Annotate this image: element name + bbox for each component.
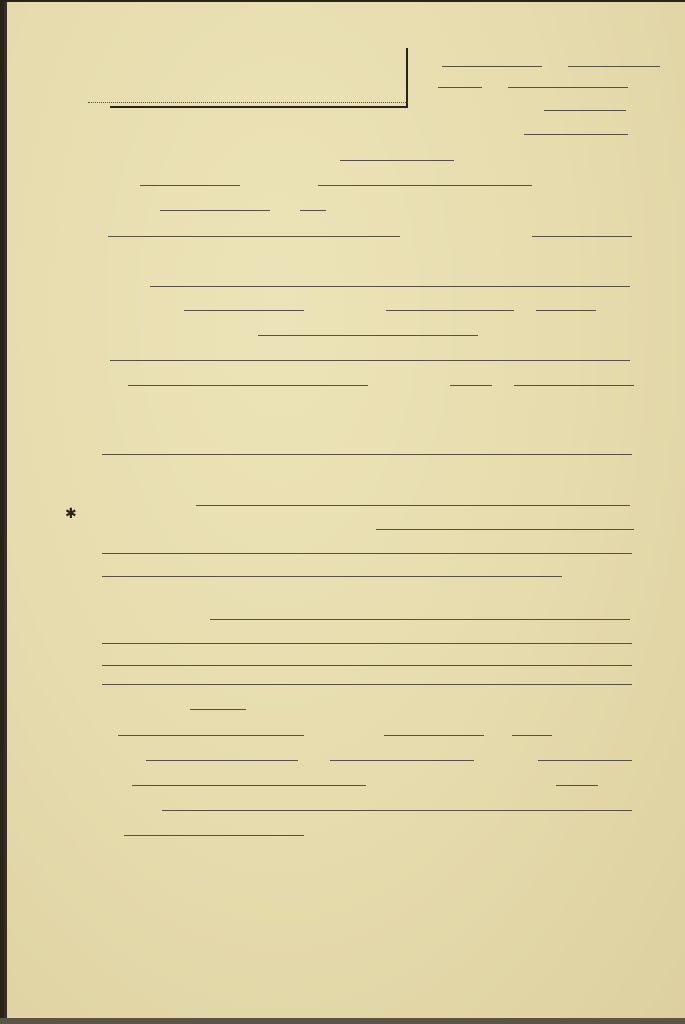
bottom-border (0, 1018, 685, 1024)
document-page (4, 2, 685, 1018)
margin-mark: ✱ (65, 506, 77, 523)
title-box-underline (110, 106, 408, 108)
title-box-border (406, 48, 408, 108)
